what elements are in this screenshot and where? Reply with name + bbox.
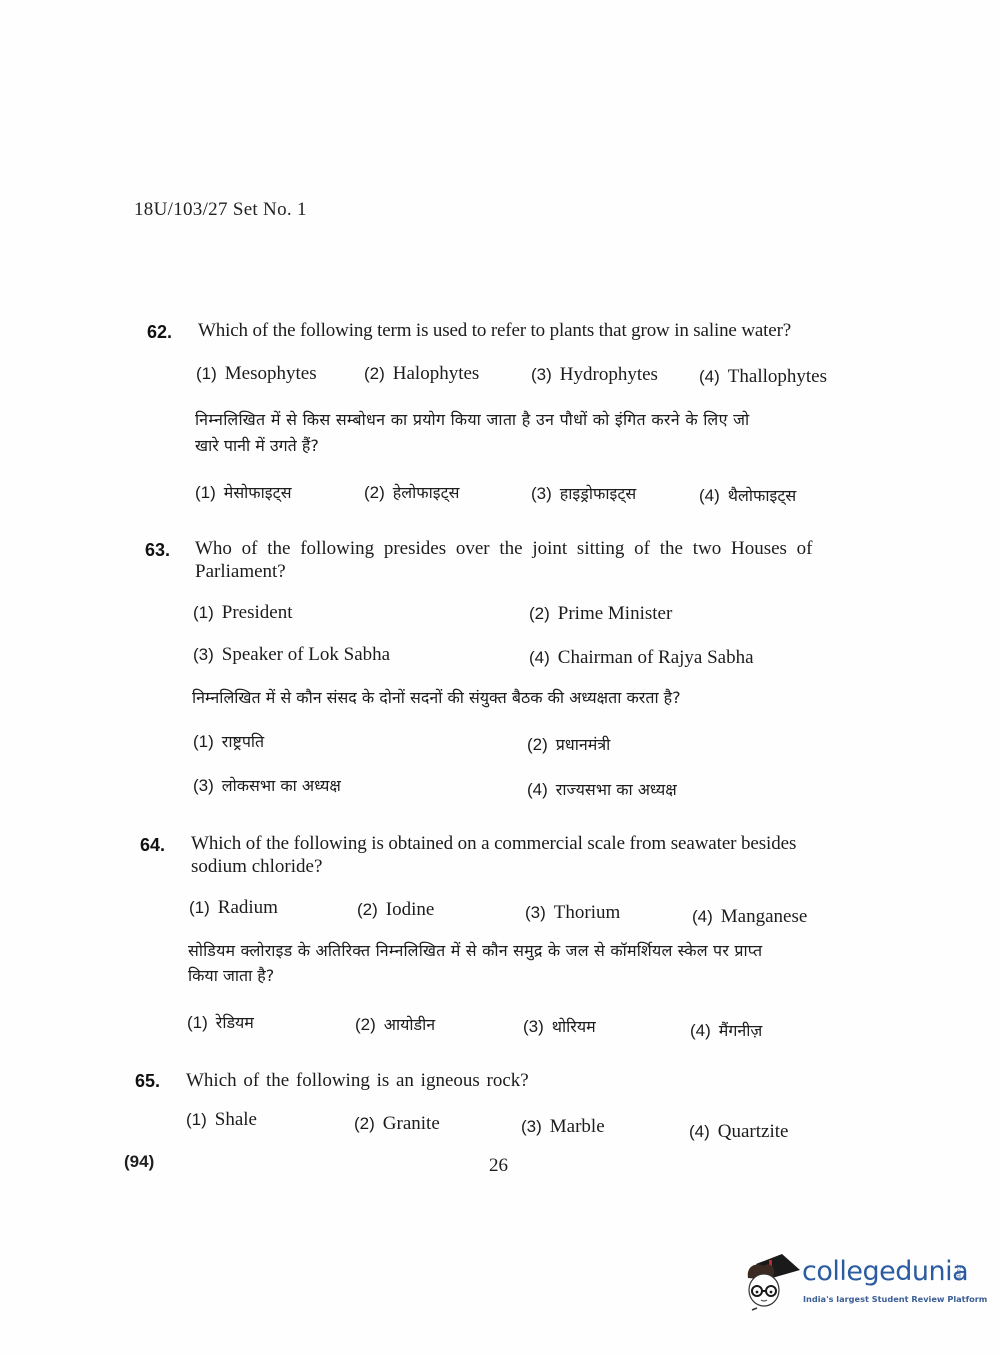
option-2-hi[interactable]: (2)आयोडीन [355, 1013, 435, 1035]
option-3[interactable]: (3)Hydrophytes [531, 364, 658, 386]
option-1-hi[interactable]: (1)मेसोफाइट्स [195, 481, 292, 503]
option-2-hi[interactable]: (2)प्रधानमंत्री [527, 733, 610, 755]
option-2[interactable]: (2)Halophytes [364, 363, 479, 385]
option-1-hi[interactable]: (1)राष्ट्रपति [193, 730, 264, 752]
question-text-hi: निम्नलिखित में से कौन संसद के दोनों सदनो… [192, 686, 681, 708]
question-text-en-line2: Parliament? [195, 561, 286, 583]
option-3-hi[interactable]: (3)हाइड्रोफाइट्स [531, 482, 636, 504]
option-4-hi[interactable]: (4)मैंगनीज़ [690, 1019, 762, 1041]
question-text-hi-line2: किया जाता है? [188, 964, 274, 986]
option-4-hi[interactable]: (4)राज्यसभा का अध्यक्ष [527, 778, 677, 800]
question-text-en: Which of the following term is used to r… [198, 320, 791, 342]
set-code: 18U/103/27 Set No. 1 [134, 199, 307, 221]
option-1[interactable]: (1)Mesophytes [196, 363, 317, 385]
option-4[interactable]: (4)Chairman of Rajya Sabha [529, 647, 754, 669]
question-number: 62. [147, 322, 172, 343]
option-3[interactable]: (3)Marble [521, 1116, 605, 1138]
option-2[interactable]: (2)Granite [354, 1113, 440, 1135]
mascot-icon [742, 1250, 804, 1312]
option-2[interactable]: (2)Iodine [357, 899, 434, 921]
question-text-hi-line1: निम्नलिखित में से किस सम्बोधन का प्रयोग … [195, 408, 749, 430]
question-number: 65. [135, 1071, 160, 1092]
question-number: 64. [140, 835, 165, 856]
footer-code: (94) [124, 1152, 154, 1172]
question-text-en: Which of the following is an igneous roc… [186, 1070, 529, 1092]
question-text-en-line2: sodium chloride? [191, 856, 322, 878]
collegedunia-logo: collegedunia .com India's largest Studen… [742, 1250, 972, 1312]
option-2[interactable]: (2)Prime Minister [529, 603, 672, 625]
option-3-hi[interactable]: (3)थोरियम [523, 1015, 596, 1037]
page-number: 26 [489, 1155, 508, 1177]
option-2-hi[interactable]: (2)हेलोफाइट्स [364, 481, 460, 503]
option-1[interactable]: (1)Shale [186, 1109, 257, 1131]
brand-tagline: India's largest Student Review Platform [803, 1294, 987, 1304]
option-3[interactable]: (3)Speaker of Lok Sabha [193, 644, 390, 666]
option-4[interactable]: (4)Thallophytes [699, 366, 827, 388]
question-text-hi-line1: सोडियम क्लोराइड के अतिरिक्त निम्नलिखित म… [188, 939, 762, 961]
option-1[interactable]: (1)President [193, 602, 293, 624]
option-4[interactable]: (4)Quartzite [689, 1121, 788, 1143]
question-text-en-line1: Which of the following is obtained on a … [191, 833, 796, 855]
brand-domain: .com [955, 1264, 962, 1279]
question-text-en-line1: Who of the following presides over the j… [195, 538, 813, 560]
option-4[interactable]: (4)Manganese [692, 906, 807, 928]
option-3[interactable]: (3)Thorium [525, 902, 620, 924]
option-4-hi[interactable]: (4)थैलोफाइट्स [699, 484, 796, 506]
question-text-hi-line2: खारे पानी में उगते हैं? [195, 434, 319, 456]
question-number: 63. [145, 540, 170, 561]
option-1[interactable]: (1)Radium [189, 897, 278, 919]
brand-name: collegedunia [802, 1256, 968, 1287]
option-3-hi[interactable]: (3)लोकसभा का अध्यक्ष [193, 774, 341, 796]
option-1-hi[interactable]: (1)रेडियम [187, 1011, 254, 1033]
